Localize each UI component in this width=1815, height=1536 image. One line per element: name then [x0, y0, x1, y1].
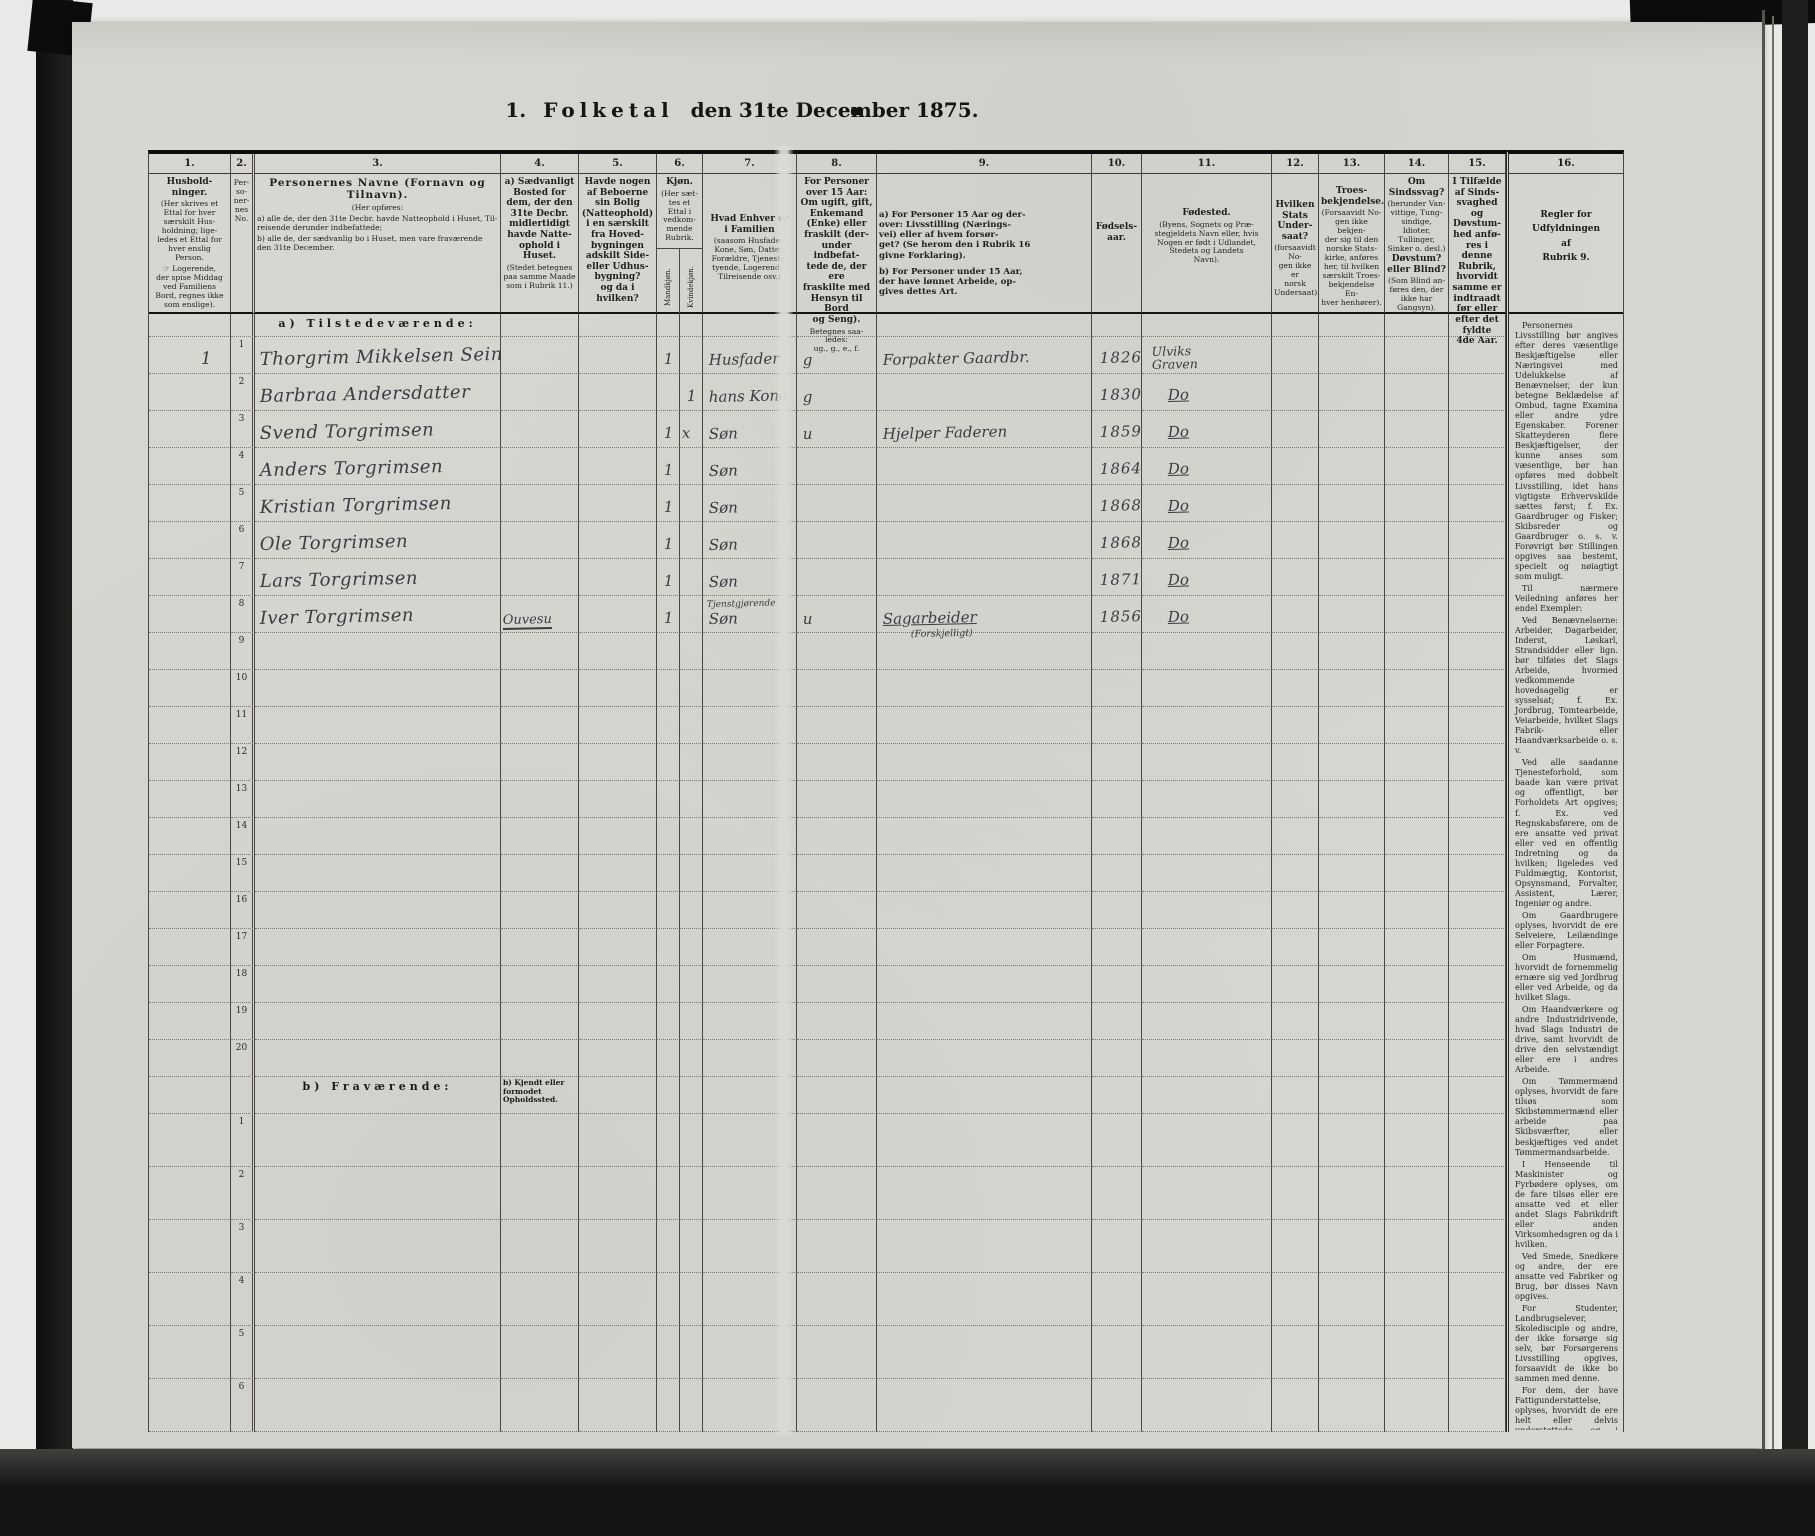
table-cell	[1385, 744, 1449, 781]
rules-paragraph: For Studenter, Landbrugselever, Skoledis…	[1515, 1303, 1618, 1383]
name-cell: Iver Torgrimsen	[255, 596, 501, 633]
household-no-cell	[149, 522, 231, 559]
column-header-names: 3. Personernes Navne (Fornavn og Tilnavn…	[255, 154, 501, 314]
rules-paragraph: Ved Smede, Snedkere og andre, der ere an…	[1515, 1251, 1618, 1301]
table-cell	[1272, 522, 1319, 559]
female-cell	[680, 559, 703, 596]
scan-edge-bottom	[0, 1449, 1815, 1536]
male-cell: 1	[657, 337, 680, 374]
table-cell	[149, 1167, 231, 1220]
table-cell	[1272, 1220, 1319, 1273]
usual-residence-cell: Ouvesu	[501, 596, 579, 633]
table-cell	[1385, 1040, 1449, 1077]
table-cell	[255, 1326, 501, 1379]
marital-cell: g	[797, 374, 877, 411]
table-cell	[1092, 892, 1142, 929]
table-cell	[680, 892, 703, 929]
table-cell	[680, 1273, 703, 1326]
column-header-birthplace: 11. Fødested. (Byens, Sognets og Præ- st…	[1142, 154, 1272, 314]
row-number: 2	[231, 374, 255, 411]
table-cell	[579, 1220, 657, 1273]
table-cell	[877, 1003, 1092, 1040]
table-cell	[255, 707, 501, 744]
male-cell: 1	[657, 485, 680, 522]
table-cell	[1319, 1167, 1385, 1220]
table-cell	[1092, 1379, 1142, 1432]
table-cell	[1272, 892, 1319, 929]
household-no-cell	[149, 596, 231, 633]
household-no-cell	[149, 448, 231, 485]
table-cell	[579, 633, 657, 670]
name-cell: Anders Torgrimsen	[255, 448, 501, 485]
table-cell	[1272, 1077, 1319, 1114]
table-cell	[255, 1040, 501, 1077]
table-cell	[1385, 411, 1449, 448]
table-cell	[657, 929, 680, 966]
table-cell	[797, 670, 877, 707]
row-number: 16	[231, 892, 255, 929]
table-cell	[1092, 929, 1142, 966]
table-cell	[1272, 781, 1319, 818]
row-number: 4	[231, 1273, 255, 1326]
table-cell	[149, 1077, 231, 1114]
marital-cell: u	[797, 596, 877, 633]
table-cell	[1142, 1220, 1272, 1273]
table-cell	[1385, 1273, 1449, 1326]
table-cell	[1385, 892, 1449, 929]
row-number: 2	[231, 1167, 255, 1220]
table-cell	[797, 818, 877, 855]
table-cell	[1385, 633, 1449, 670]
table-cell	[149, 1273, 231, 1326]
table-cell	[1142, 818, 1272, 855]
table-cell	[1142, 314, 1272, 337]
table-cell	[1385, 1003, 1449, 1040]
table-cell	[149, 670, 231, 707]
rules-text: Personernes Livsstilling bør angives eft…	[1509, 314, 1623, 1430]
table-cell	[877, 1040, 1092, 1077]
row-number: 20	[231, 1040, 255, 1077]
table-cell	[1449, 448, 1506, 485]
table-cell	[797, 892, 877, 929]
column-header-outbuilding: 5. Havde nogen af Beboerne sin Bolig (Na…	[579, 154, 657, 314]
table-cell	[1449, 559, 1506, 596]
table-cell	[657, 1040, 680, 1077]
name-cell: Svend Torgrimsen	[255, 411, 501, 448]
rules-paragraph: Om Gaardbrugere oplyses, hvorvidt de ere…	[1515, 910, 1618, 950]
table-cell	[877, 1114, 1092, 1167]
table-cell	[1449, 337, 1506, 374]
table-cell	[680, 707, 703, 744]
page-stack-edge	[1762, 10, 1765, 1450]
table-cell	[657, 1220, 680, 1273]
table-cell	[877, 633, 1092, 670]
table-cell	[877, 707, 1092, 744]
table-cell	[1385, 596, 1449, 633]
birthplace-cell: Do	[1142, 411, 1272, 448]
household-no-cell	[149, 411, 231, 448]
row-number: 6	[231, 1379, 255, 1432]
table-cell	[877, 670, 1092, 707]
table-cell	[877, 1167, 1092, 1220]
table-cell	[1142, 892, 1272, 929]
page-title: 1. Folketal den 31te December 1875.	[372, 98, 1112, 122]
female-cell	[680, 337, 703, 374]
table-cell	[657, 707, 680, 744]
table-cell	[657, 855, 680, 892]
table-cell	[1142, 744, 1272, 781]
table-cell	[1385, 522, 1449, 559]
page-stack-edge	[1772, 16, 1774, 1452]
table-cell	[1319, 929, 1385, 966]
table-cell	[255, 781, 501, 818]
table-cell	[1385, 1077, 1449, 1114]
table-cell	[1385, 855, 1449, 892]
table-cell	[501, 1040, 579, 1077]
table-cell	[680, 1220, 703, 1273]
table-cell	[1092, 966, 1142, 1003]
table-cell	[1272, 818, 1319, 855]
census-table: 1. Husbold- ninger. (Her skrives et Etta…	[148, 150, 1624, 1432]
table-cell	[1142, 1077, 1272, 1114]
rules-paragraph: I Henseende til Maskinister og Fyrbødere…	[1515, 1159, 1618, 1249]
table-cell	[1272, 1003, 1319, 1040]
table-cell	[1385, 1167, 1449, 1220]
table-cell	[501, 781, 579, 818]
table-cell	[797, 1379, 877, 1432]
table-cell	[579, 1003, 657, 1040]
table-cell	[680, 781, 703, 818]
column-header-religion: 13. Troes- bekjendelse. (Forsaavidt No- …	[1319, 154, 1385, 314]
table-cell	[149, 1326, 231, 1379]
table-cell	[501, 1167, 579, 1220]
birthplace-cell: Do	[1142, 522, 1272, 559]
table-cell	[1449, 1167, 1506, 1220]
table-cell	[1319, 559, 1385, 596]
row-number: 5	[231, 1326, 255, 1379]
table-cell	[1385, 337, 1449, 374]
scan-edge-right	[1782, 0, 1808, 1536]
table-cell	[1319, 1273, 1385, 1326]
table-cell	[255, 670, 501, 707]
table-cell	[1319, 892, 1385, 929]
table-cell	[680, 1003, 703, 1040]
table-cell	[1142, 781, 1272, 818]
table-cell	[1449, 1220, 1506, 1273]
table-cell	[1319, 448, 1385, 485]
table-cell	[501, 707, 579, 744]
table-cell	[1092, 1326, 1142, 1379]
table-cell	[501, 559, 579, 596]
table-cell	[1272, 374, 1319, 411]
birthplace-cell: Do	[1142, 559, 1272, 596]
table-cell	[1319, 744, 1385, 781]
table-cell	[797, 1326, 877, 1379]
table-cell	[1142, 929, 1272, 966]
table-cell	[1385, 485, 1449, 522]
household-no-cell	[149, 485, 231, 522]
table-cell	[501, 744, 579, 781]
table-cell	[1142, 670, 1272, 707]
table-cell	[579, 1077, 657, 1114]
birth-year-cell: 1830	[1092, 374, 1142, 411]
row-number: 5	[231, 485, 255, 522]
table-cell	[1385, 314, 1449, 337]
table-cell	[1272, 411, 1319, 448]
table-cell	[877, 314, 1092, 337]
table-cell	[149, 1003, 231, 1040]
birth-year-cell: 1826	[1092, 337, 1142, 374]
table-cell	[1272, 1326, 1319, 1379]
table-cell	[1319, 1003, 1385, 1040]
table-cell	[1142, 1326, 1272, 1379]
table-cell	[797, 1040, 877, 1077]
table-cell	[1092, 1003, 1142, 1040]
table-cell	[877, 892, 1092, 929]
row-number: 1	[231, 337, 255, 374]
column-header-person-no: 2. Per- so- ner- nes No.	[231, 154, 255, 314]
table-cell	[1385, 1379, 1449, 1432]
table-cell	[797, 929, 877, 966]
table-cell	[1092, 633, 1142, 670]
table-cell	[149, 1114, 231, 1167]
table-cell	[680, 1040, 703, 1077]
table-cell	[255, 855, 501, 892]
table-cell	[1319, 633, 1385, 670]
table-cell	[1142, 633, 1272, 670]
table-cell	[1092, 1077, 1142, 1114]
table-cell	[579, 1273, 657, 1326]
birthplace-cell: Do	[1142, 596, 1272, 633]
table-cell	[877, 1220, 1092, 1273]
table-cell	[657, 744, 680, 781]
table-cell	[1319, 411, 1385, 448]
table-cell	[680, 314, 703, 337]
table-cell	[255, 1167, 501, 1220]
table-cell	[579, 596, 657, 633]
table-cell	[1385, 1326, 1449, 1379]
table-cell	[501, 1326, 579, 1379]
table-cell	[657, 1326, 680, 1379]
table-cell	[1272, 966, 1319, 1003]
table-cell	[657, 892, 680, 929]
table-cell	[1319, 1114, 1385, 1167]
column-header-occupation: 9. a) For Personer 15 Aar og der- over: …	[877, 154, 1092, 314]
table-cell	[1092, 670, 1142, 707]
table-cell	[657, 1167, 680, 1220]
occupation-cell	[877, 448, 1092, 485]
table-cell	[149, 633, 231, 670]
table-cell	[1449, 485, 1506, 522]
table-cell	[877, 1379, 1092, 1432]
birth-year-cell: 1864	[1092, 448, 1142, 485]
table-cell	[501, 374, 579, 411]
male-cell	[657, 374, 680, 411]
table-cell	[657, 1003, 680, 1040]
female-cell	[680, 448, 703, 485]
table-cell	[579, 559, 657, 596]
birth-year-cell: 1871	[1092, 559, 1142, 596]
table-cell	[797, 1003, 877, 1040]
birthplace-cell: Do	[1142, 448, 1272, 485]
table-cell	[149, 892, 231, 929]
table-cell	[579, 781, 657, 818]
title-word: Folketal	[543, 98, 673, 122]
table-cell	[1272, 337, 1319, 374]
table-cell	[680, 1379, 703, 1432]
table-cell	[657, 781, 680, 818]
household-no-cell	[149, 559, 231, 596]
table-cell	[255, 818, 501, 855]
table-cell	[657, 1273, 680, 1326]
table-cell	[1092, 744, 1142, 781]
table-cell	[1142, 1114, 1272, 1167]
column-header-usual-residence: 4. a) Sædvanligt Bosted for dem, der den…	[501, 154, 579, 314]
table-cell	[1449, 633, 1506, 670]
table-cell	[579, 1040, 657, 1077]
table-cell	[1092, 1220, 1142, 1273]
table-cell	[579, 670, 657, 707]
table-cell	[797, 1273, 877, 1326]
rules-paragraph: Personernes Livsstilling bør angives eft…	[1515, 320, 1618, 581]
table-cell	[579, 448, 657, 485]
rules-paragraph: Ved Benævnelserne: Arbeider, Dagarbeider…	[1515, 615, 1618, 755]
table-cell	[255, 1273, 501, 1326]
table-cell	[579, 929, 657, 966]
row-number: 15	[231, 855, 255, 892]
row-number: 4	[231, 448, 255, 485]
table-cell	[680, 1077, 703, 1114]
rules-paragraph: Om Tømmermænd oplyses, hvorvidt de fare …	[1515, 1076, 1618, 1156]
table-cell	[680, 929, 703, 966]
table-cell	[1385, 448, 1449, 485]
table-cell	[501, 1220, 579, 1273]
table-cell	[501, 929, 579, 966]
table-cell	[501, 1114, 579, 1167]
table-cell	[149, 781, 231, 818]
table-cell	[1272, 929, 1319, 966]
table-cell	[680, 670, 703, 707]
table-cell	[1319, 670, 1385, 707]
table-cell	[1092, 1114, 1142, 1167]
table-cell	[579, 744, 657, 781]
name-cell: Thorgrim Mikkelsen Sein	[255, 337, 501, 374]
table-cell	[877, 1326, 1092, 1379]
column-header-citizenship: 12. Hvilken Stats Under- saat? (forsaavi…	[1272, 154, 1319, 314]
table-cell	[1272, 1379, 1319, 1432]
table-cell	[501, 892, 579, 929]
table-cell	[1449, 1040, 1506, 1077]
table-cell	[1449, 670, 1506, 707]
table-cell	[1142, 855, 1272, 892]
table-cell	[1449, 855, 1506, 892]
rules-paragraph: For dem, der have Fattigunderstøttelse, …	[1515, 1385, 1618, 1430]
table-cell	[149, 1040, 231, 1077]
female-cell: x	[680, 411, 703, 448]
table-cell	[1385, 781, 1449, 818]
table-cell	[1319, 1379, 1385, 1432]
birthplace-cell: Ulviks Graven	[1142, 337, 1272, 374]
table-cell	[797, 707, 877, 744]
table-cell	[1272, 1040, 1319, 1077]
name-cell: Barbraa Andersdatter	[255, 374, 501, 411]
female-cell: 1	[680, 374, 703, 411]
table-cell	[149, 929, 231, 966]
table-cell	[501, 448, 579, 485]
table-cell	[1142, 1167, 1272, 1220]
table-cell	[1449, 929, 1506, 966]
table-cell	[1092, 1273, 1142, 1326]
table-cell	[877, 855, 1092, 892]
table-cell	[657, 633, 680, 670]
table-cell	[657, 1114, 680, 1167]
table-cell	[579, 855, 657, 892]
table-cell	[1272, 1273, 1319, 1326]
table-cell	[1385, 374, 1449, 411]
female-cell	[680, 596, 703, 633]
table-cell	[657, 818, 680, 855]
table-cell	[1449, 1077, 1506, 1114]
table-cell	[797, 855, 877, 892]
marital-cell	[797, 485, 877, 522]
table-cell	[1449, 1379, 1506, 1432]
table-cell	[877, 1273, 1092, 1326]
table-cell	[1092, 818, 1142, 855]
table-cell	[579, 966, 657, 1003]
census-grid: 1. Husbold- ninger. (Her skrives et Etta…	[148, 150, 1506, 1432]
household-no-cell: 1	[149, 337, 231, 374]
table-cell	[1385, 1114, 1449, 1167]
table-cell	[1385, 818, 1449, 855]
male-cell: 1	[657, 596, 680, 633]
table-cell	[1272, 485, 1319, 522]
table-cell	[149, 744, 231, 781]
table-cell	[1449, 966, 1506, 1003]
table-cell	[1449, 522, 1506, 559]
table-cell	[501, 485, 579, 522]
table-cell	[1092, 707, 1142, 744]
occupation-cell	[877, 559, 1092, 596]
table-cell	[1385, 670, 1449, 707]
table-cell	[680, 744, 703, 781]
marital-cell	[797, 522, 877, 559]
table-cell	[657, 1077, 680, 1114]
birth-year-cell: 1868	[1092, 522, 1142, 559]
birthplace-cell: Do	[1142, 374, 1272, 411]
row-number: 10	[231, 670, 255, 707]
table-cell	[1092, 314, 1142, 337]
table-cell	[149, 314, 231, 337]
row-number: 18	[231, 966, 255, 1003]
table-cell	[1272, 314, 1319, 337]
table-cell	[501, 966, 579, 1003]
table-cell	[501, 1379, 579, 1432]
title-date: den 31te December 1875.	[691, 98, 979, 122]
section-b-header: b) Fraværende:	[255, 1077, 501, 1114]
table-cell	[1319, 818, 1385, 855]
table-cell	[501, 522, 579, 559]
table-cell	[680, 855, 703, 892]
table-cell	[797, 314, 877, 337]
table-cell	[579, 1167, 657, 1220]
row-number: 17	[231, 929, 255, 966]
table-cell	[579, 1326, 657, 1379]
table-cell	[1092, 1167, 1142, 1220]
table-cell	[579, 374, 657, 411]
column-header-disability-onset: 15. I Tilfælde af Sinds- svaghed og Døvs…	[1449, 154, 1506, 314]
birth-year-cell: 1856	[1092, 596, 1142, 633]
table-cell	[1319, 1077, 1385, 1114]
